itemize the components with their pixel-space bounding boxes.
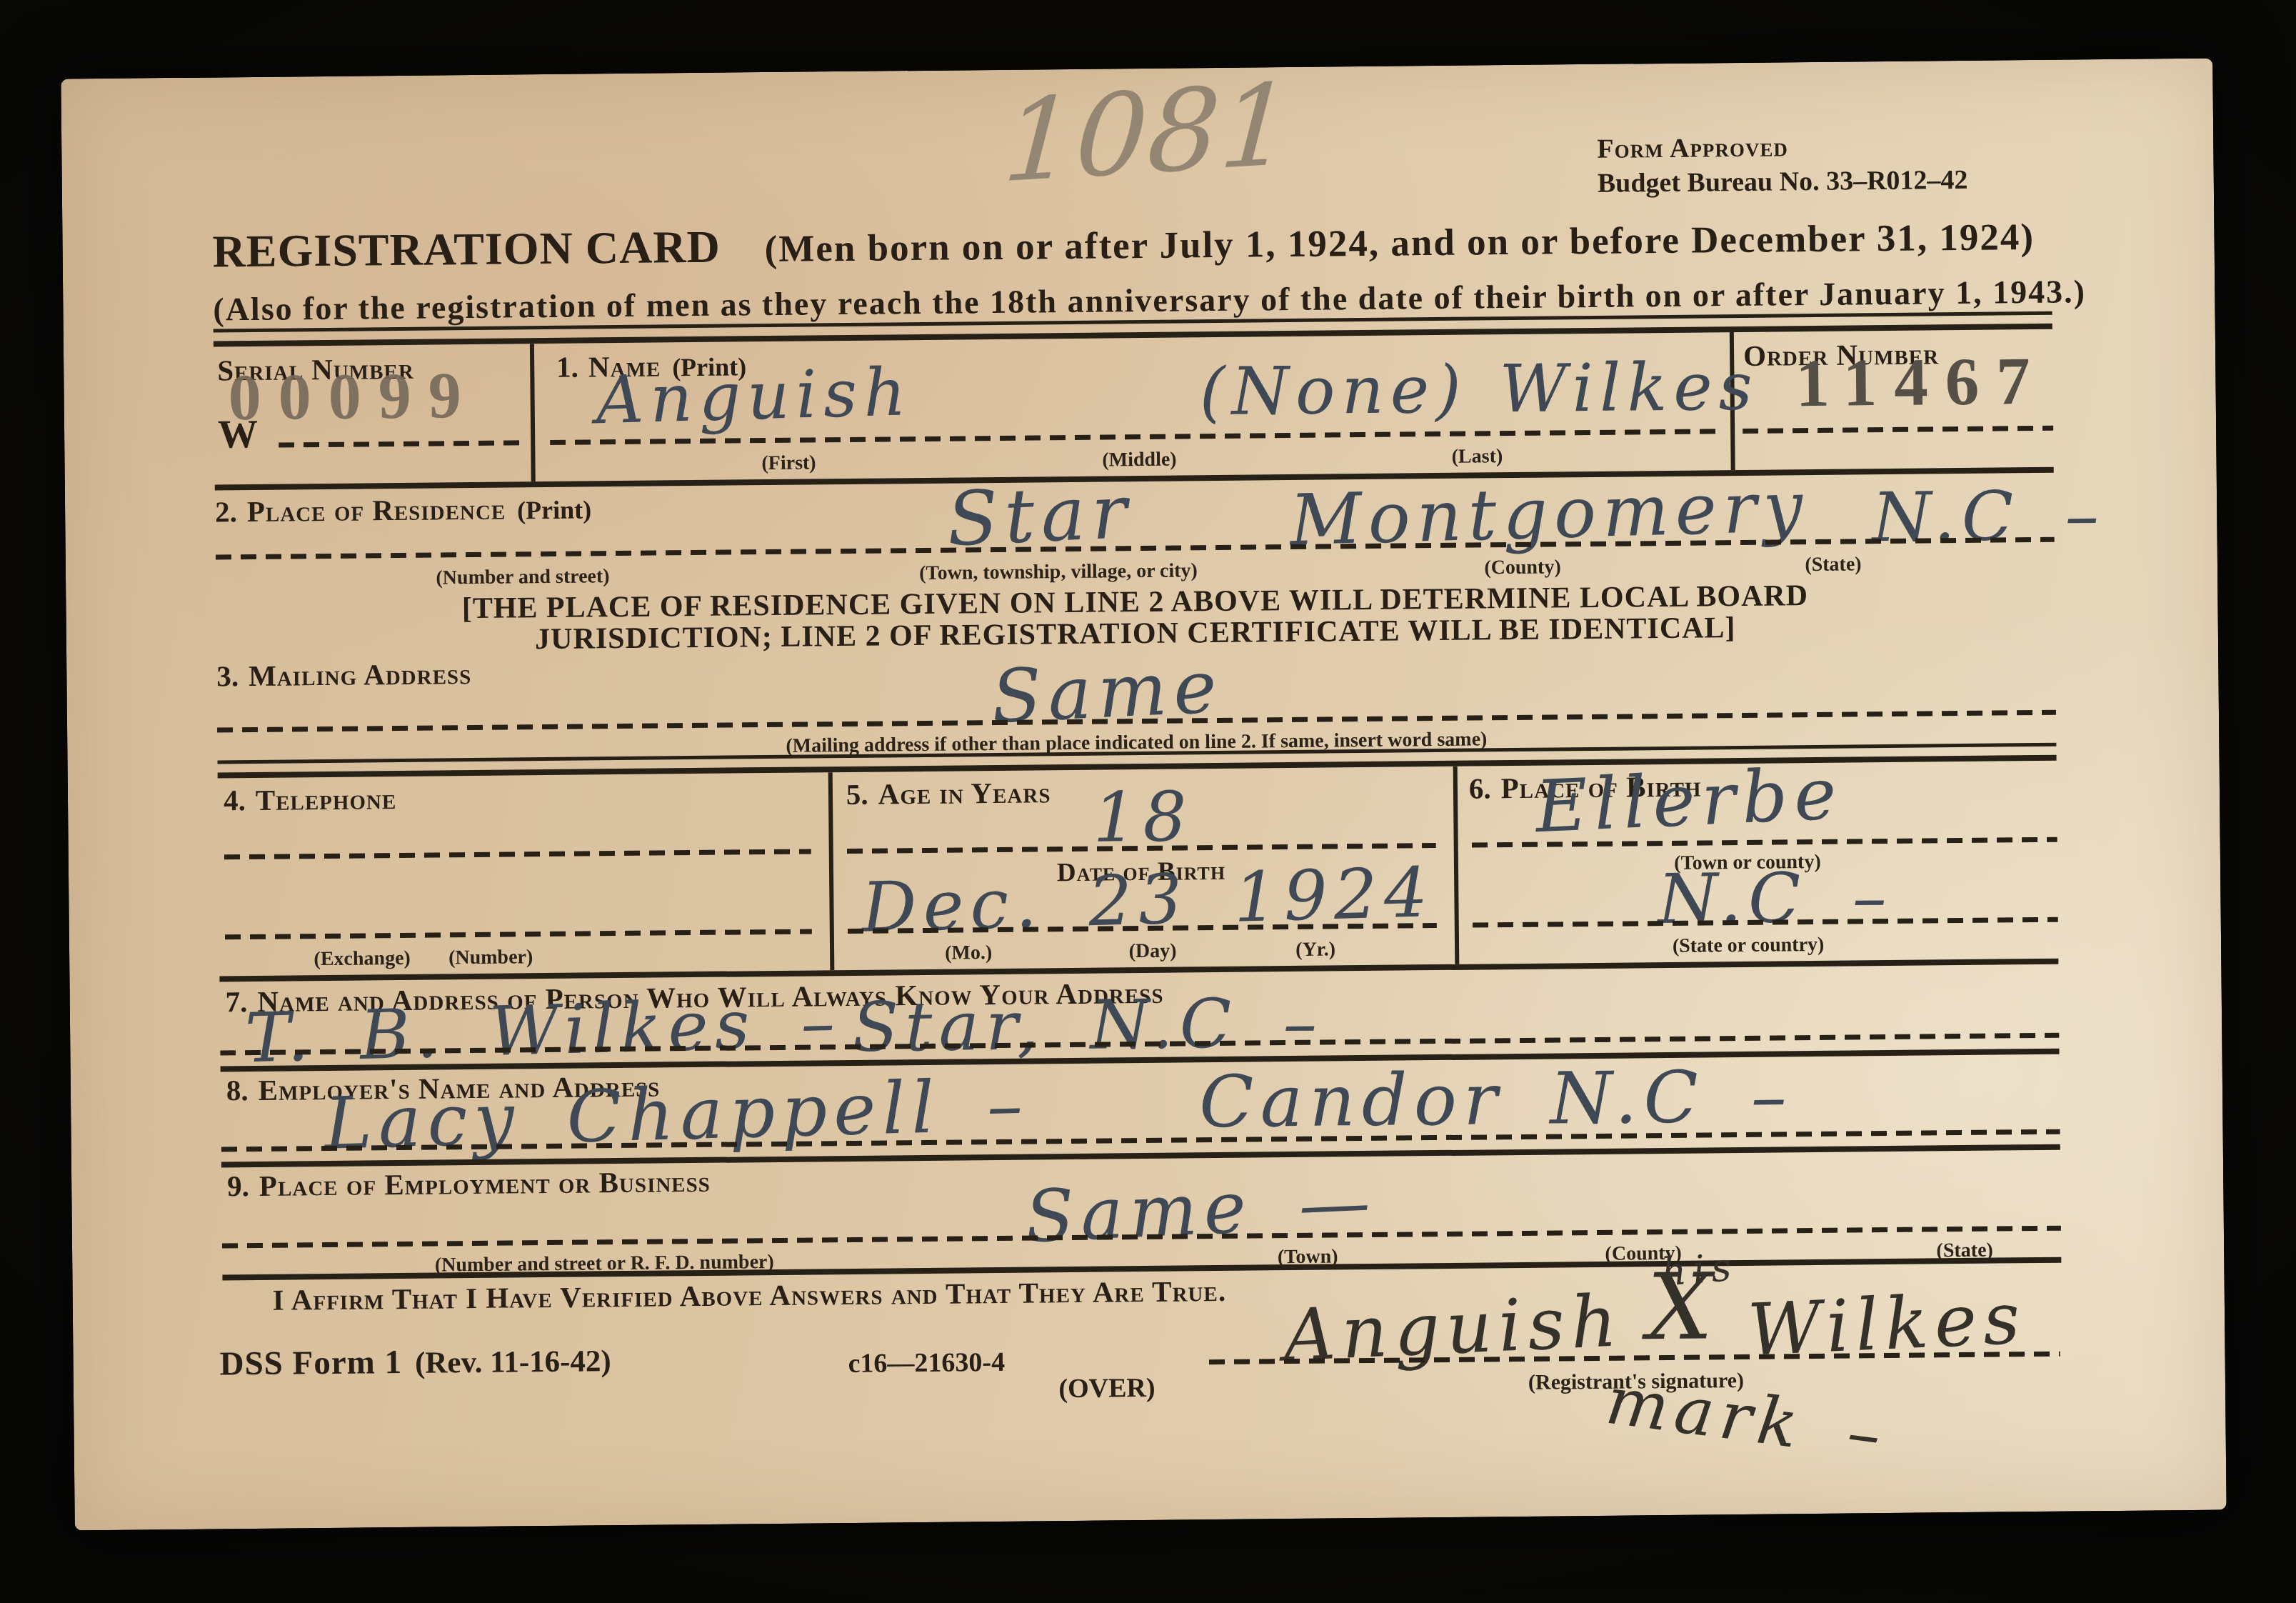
- dob-sublabel-day: (Day): [1129, 942, 1177, 962]
- over-note: (OVER): [1058, 1374, 1155, 1402]
- employer-place-value: Candor N.C –: [1199, 1061, 1793, 1138]
- age-value: 18: [1093, 782, 1193, 852]
- serial-number-value: 00099: [228, 362, 478, 430]
- birth-state-sublabel: (State or country): [1673, 935, 1825, 957]
- card-title-qualifier: (Men born on or after July 1, 1924, and …: [764, 216, 2035, 270]
- name-last-value: Wilkes: [1499, 354, 1759, 422]
- residence-sublabel-town: (Town, township, village, or city): [919, 561, 1198, 584]
- budget-bureau-number: Budget Bureau No. 33–R012–42: [1598, 166, 1968, 197]
- age-field-label: 5. Age in Years: [846, 778, 1051, 809]
- residence-field-label: 2. Place of Residence (Print): [215, 494, 591, 526]
- dob-sublabel-month: (Mo.): [945, 943, 992, 964]
- employment-field-label: 9. Place of Employment or Business: [227, 1167, 711, 1201]
- registration-card: 1081 Form Approved Budget Bureau No. 33–…: [61, 59, 2226, 1531]
- residence-sublabel-county: (County): [1484, 557, 1561, 578]
- telephone-entry-line2: [225, 929, 812, 939]
- form-approved-label: Form Approved: [1597, 134, 1788, 163]
- serial-prefix: W: [218, 414, 259, 455]
- residence-town-value: Star: [946, 474, 1135, 556]
- name-middle-value: (None): [1199, 357, 1468, 426]
- telephone-sublabel-number: (Number): [448, 947, 533, 968]
- signature-x-mark: X: [1647, 1262, 1719, 1354]
- contact-place-value: Star, N.C –: [852, 990, 1324, 1062]
- order-number-value: 11467: [1795, 347, 2047, 417]
- pencil-annotation: 1081: [1000, 68, 1295, 199]
- affirmation-statement: I Affirm That I Have Verified Above Answ…: [273, 1277, 1227, 1315]
- residence-sublabel-state: (State): [1805, 554, 1862, 575]
- name-sublabel-middle: (Middle): [1102, 450, 1176, 471]
- photo-backdrop: 1081 Form Approved Budget Bureau No. 33–…: [0, 0, 2296, 1603]
- column-divider: [530, 344, 536, 481]
- residence-sublabel-street: (Number and street): [436, 566, 609, 588]
- mailing-field-label: 3. Mailing Address: [216, 659, 471, 691]
- serial-entry-line: [279, 440, 525, 447]
- telephone-field-label: 4. Telephone: [224, 784, 397, 815]
- title-line: REGISTRATION CARD (Men born on or after …: [212, 211, 2035, 274]
- telephone-sublabel-exchange: (Exchange): [314, 949, 411, 969]
- signature-mark-word: mark –: [1603, 1368, 1891, 1469]
- form-id-line: DSS Form 1 (Rev. 11-16-42): [219, 1344, 611, 1381]
- column-divider: [828, 772, 835, 970]
- form-id: DSS Form 1: [219, 1344, 402, 1382]
- form-revision: (Rev. 11-16-42): [415, 1344, 611, 1380]
- card-title: REGISTRATION CARD: [212, 221, 721, 277]
- dob-sublabel-year: (Yr.): [1295, 939, 1335, 960]
- name-sublabel-last: (Last): [1452, 446, 1503, 467]
- column-divider: [1453, 766, 1460, 964]
- name-first-value: Anguish: [595, 359, 913, 434]
- name-sublabel-first: (First): [761, 453, 816, 474]
- birth-town-value: Ellerbe: [1534, 758, 1844, 843]
- print-code: c16—21630-4: [848, 1349, 1005, 1377]
- order-entry-line: [1743, 426, 2053, 434]
- telephone-entry-line: [224, 849, 811, 859]
